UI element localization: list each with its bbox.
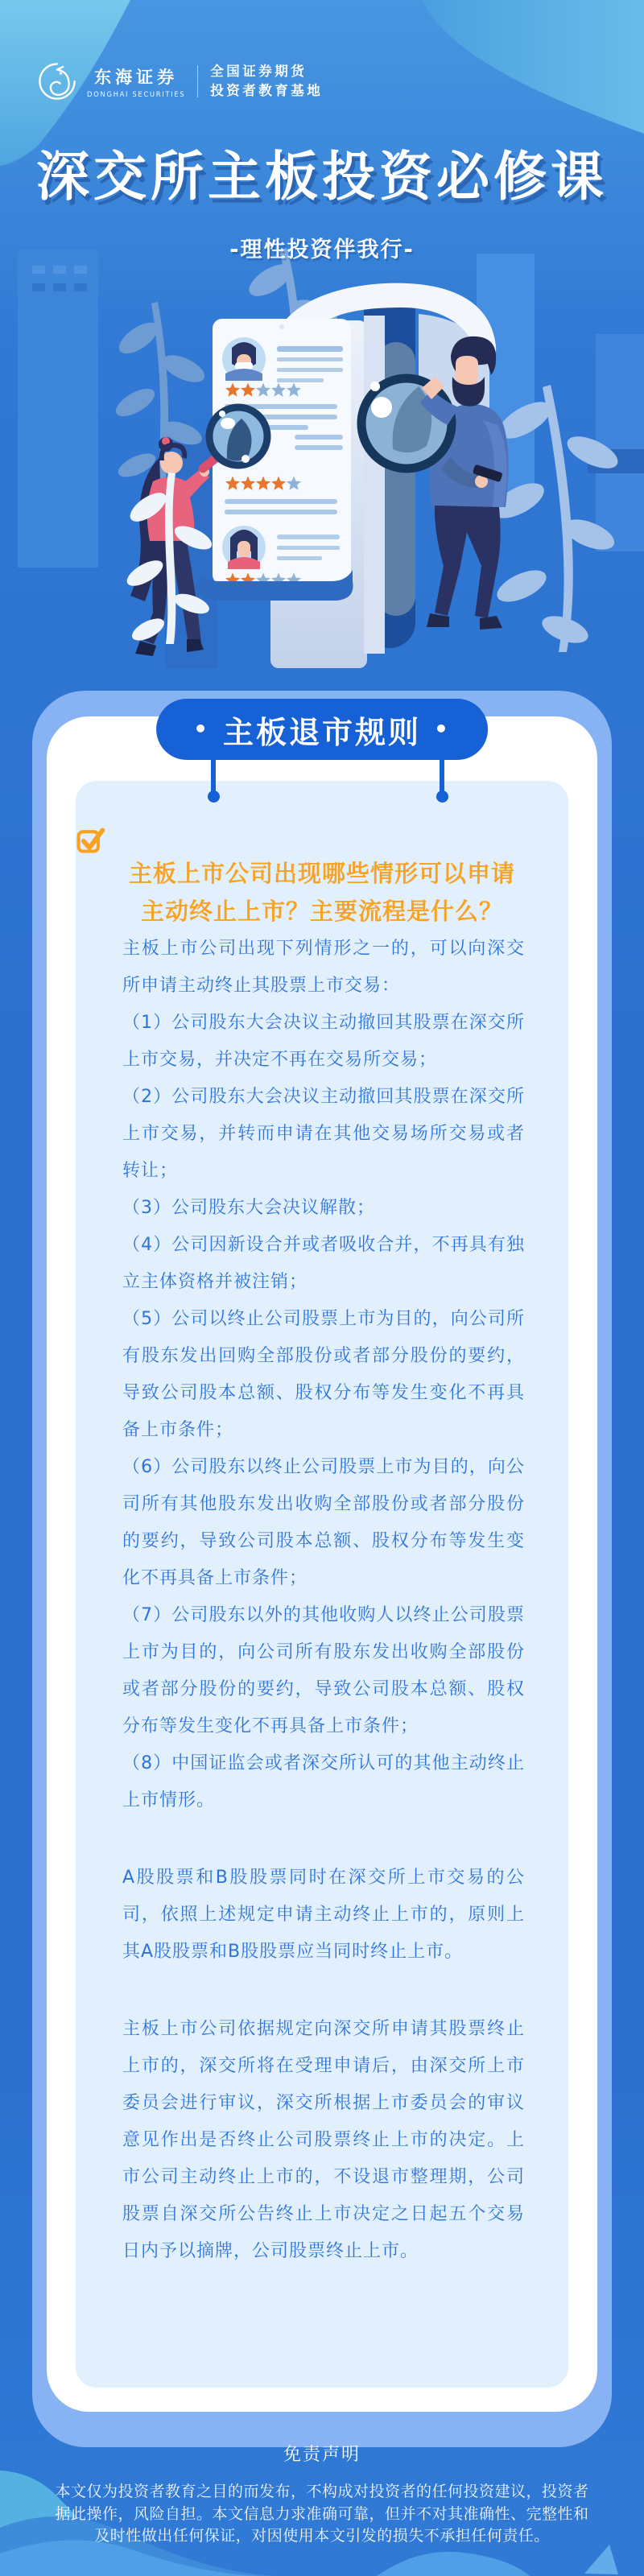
body-paragraph: （1）公司股东大会决议主动撤回其股票在深交所上市交易，并决定不再在交易所交易； [122, 1005, 525, 1079]
brand-slogan: 全国证券期货 投资者教育基地 [210, 62, 323, 101]
section-badge: • 主板退市规则 • [156, 699, 488, 760]
body-paragraph: 主板上市公司出现下列情形之一的，可以向深交所申请主动终止其股票上市交易： [122, 931, 525, 1005]
body-paragraph: （8）中国证监会或者深交所认可的其他主动终止上市情形。 [122, 1745, 525, 1819]
brand-text: 东海证券 DONGHAI SECURITIES [87, 64, 185, 99]
poster-page: 东海证券 DONGHAI SECURITIES 全国证券期货 投资者教育基地 深… [0, 0, 644, 2576]
slogan-line-2: 投资者教育基地 [210, 81, 323, 101]
badge-connector-left [211, 758, 216, 794]
body-paragraph: （2）公司股东大会决议主动撤回其股票在深交所上市交易，并转而申请在其他交易场所交… [122, 1079, 525, 1190]
badge-connector-right [440, 758, 444, 794]
brand-name-cn: 东海证券 [87, 64, 185, 89]
badge-left-dot: • [193, 699, 210, 760]
small-magnifier-icon [203, 407, 267, 469]
body-paragraph: （6）公司股东以终止公司股票上市为目的，向公司所有其他股东发出收购全部股份或者部… [122, 1449, 525, 1597]
body-text: 主板上市公司出现下列情形之一的，可以向深交所申请主动终止其股票上市交易：（1）公… [122, 931, 525, 2270]
badge-right-dot: • [434, 699, 451, 760]
question-line-2: 主动终止上市？主要流程是什么？ [76, 893, 568, 931]
brand-bar: 东海证券 DONGHAI SECURITIES 全国证券期货 投资者教育基地 [35, 60, 323, 103]
hero-illustration [0, 266, 644, 737]
checkbox-icon [76, 826, 105, 855]
disclaimer-title: 免责声明 [0, 2441, 644, 2466]
badge-connector-dot-left [208, 791, 220, 803]
body-paragraph: 主板上市公司依据规定向深交所申请其股票终止上市的，深交所将在受理申请后，由深交所… [122, 2011, 525, 2270]
seahorse-logo-icon [35, 60, 79, 103]
disclaimer-text: 本文仅为投资者教育之目的而发布，不构成对投资者的任何投资建议，投资者据此操作，风… [52, 2481, 592, 2548]
question-heading: 主板上市公司出现哪些情形可以申请 主动终止上市？主要流程是什么？ [76, 826, 568, 931]
body-paragraph: （7）公司股东以外的其他收购人以终止公司股票上市为目的，向公司所有股东发出收购全… [122, 1597, 525, 1745]
body-paragraph: （4）公司因新设合并或者吸收合并，不再具有独立主体资格并被注销； [122, 1227, 525, 1301]
body-paragraph: A股股票和B股股票同时在深交所上市交易的公司，依照上述规定申请主动终止上市的，原… [122, 1860, 525, 1971]
question-text-1: 主板上市公司出现哪些情形可以申请 [129, 860, 515, 887]
brand-divider [197, 65, 198, 97]
body-paragraph: （5）公司以终止公司股票上市为目的，向公司所有股东发出回购全部股份或者部分股份的… [122, 1301, 525, 1449]
page-subtitle: -理性投资伴我行- [0, 232, 644, 263]
body-paragraph: （3）公司股东大会决议解散； [122, 1190, 525, 1227]
brand-name-en: DONGHAI SECURITIES [87, 91, 185, 99]
question-line-1: 主板上市公司出现哪些情形可以申请 [76, 826, 568, 893]
slogan-line-1: 全国证券期货 [210, 62, 323, 81]
badge-label: 主板退市规则 [223, 708, 421, 752]
badge-connector-dot-right [436, 791, 448, 803]
page-title: 深交所主板投资必修课 [0, 134, 644, 210]
